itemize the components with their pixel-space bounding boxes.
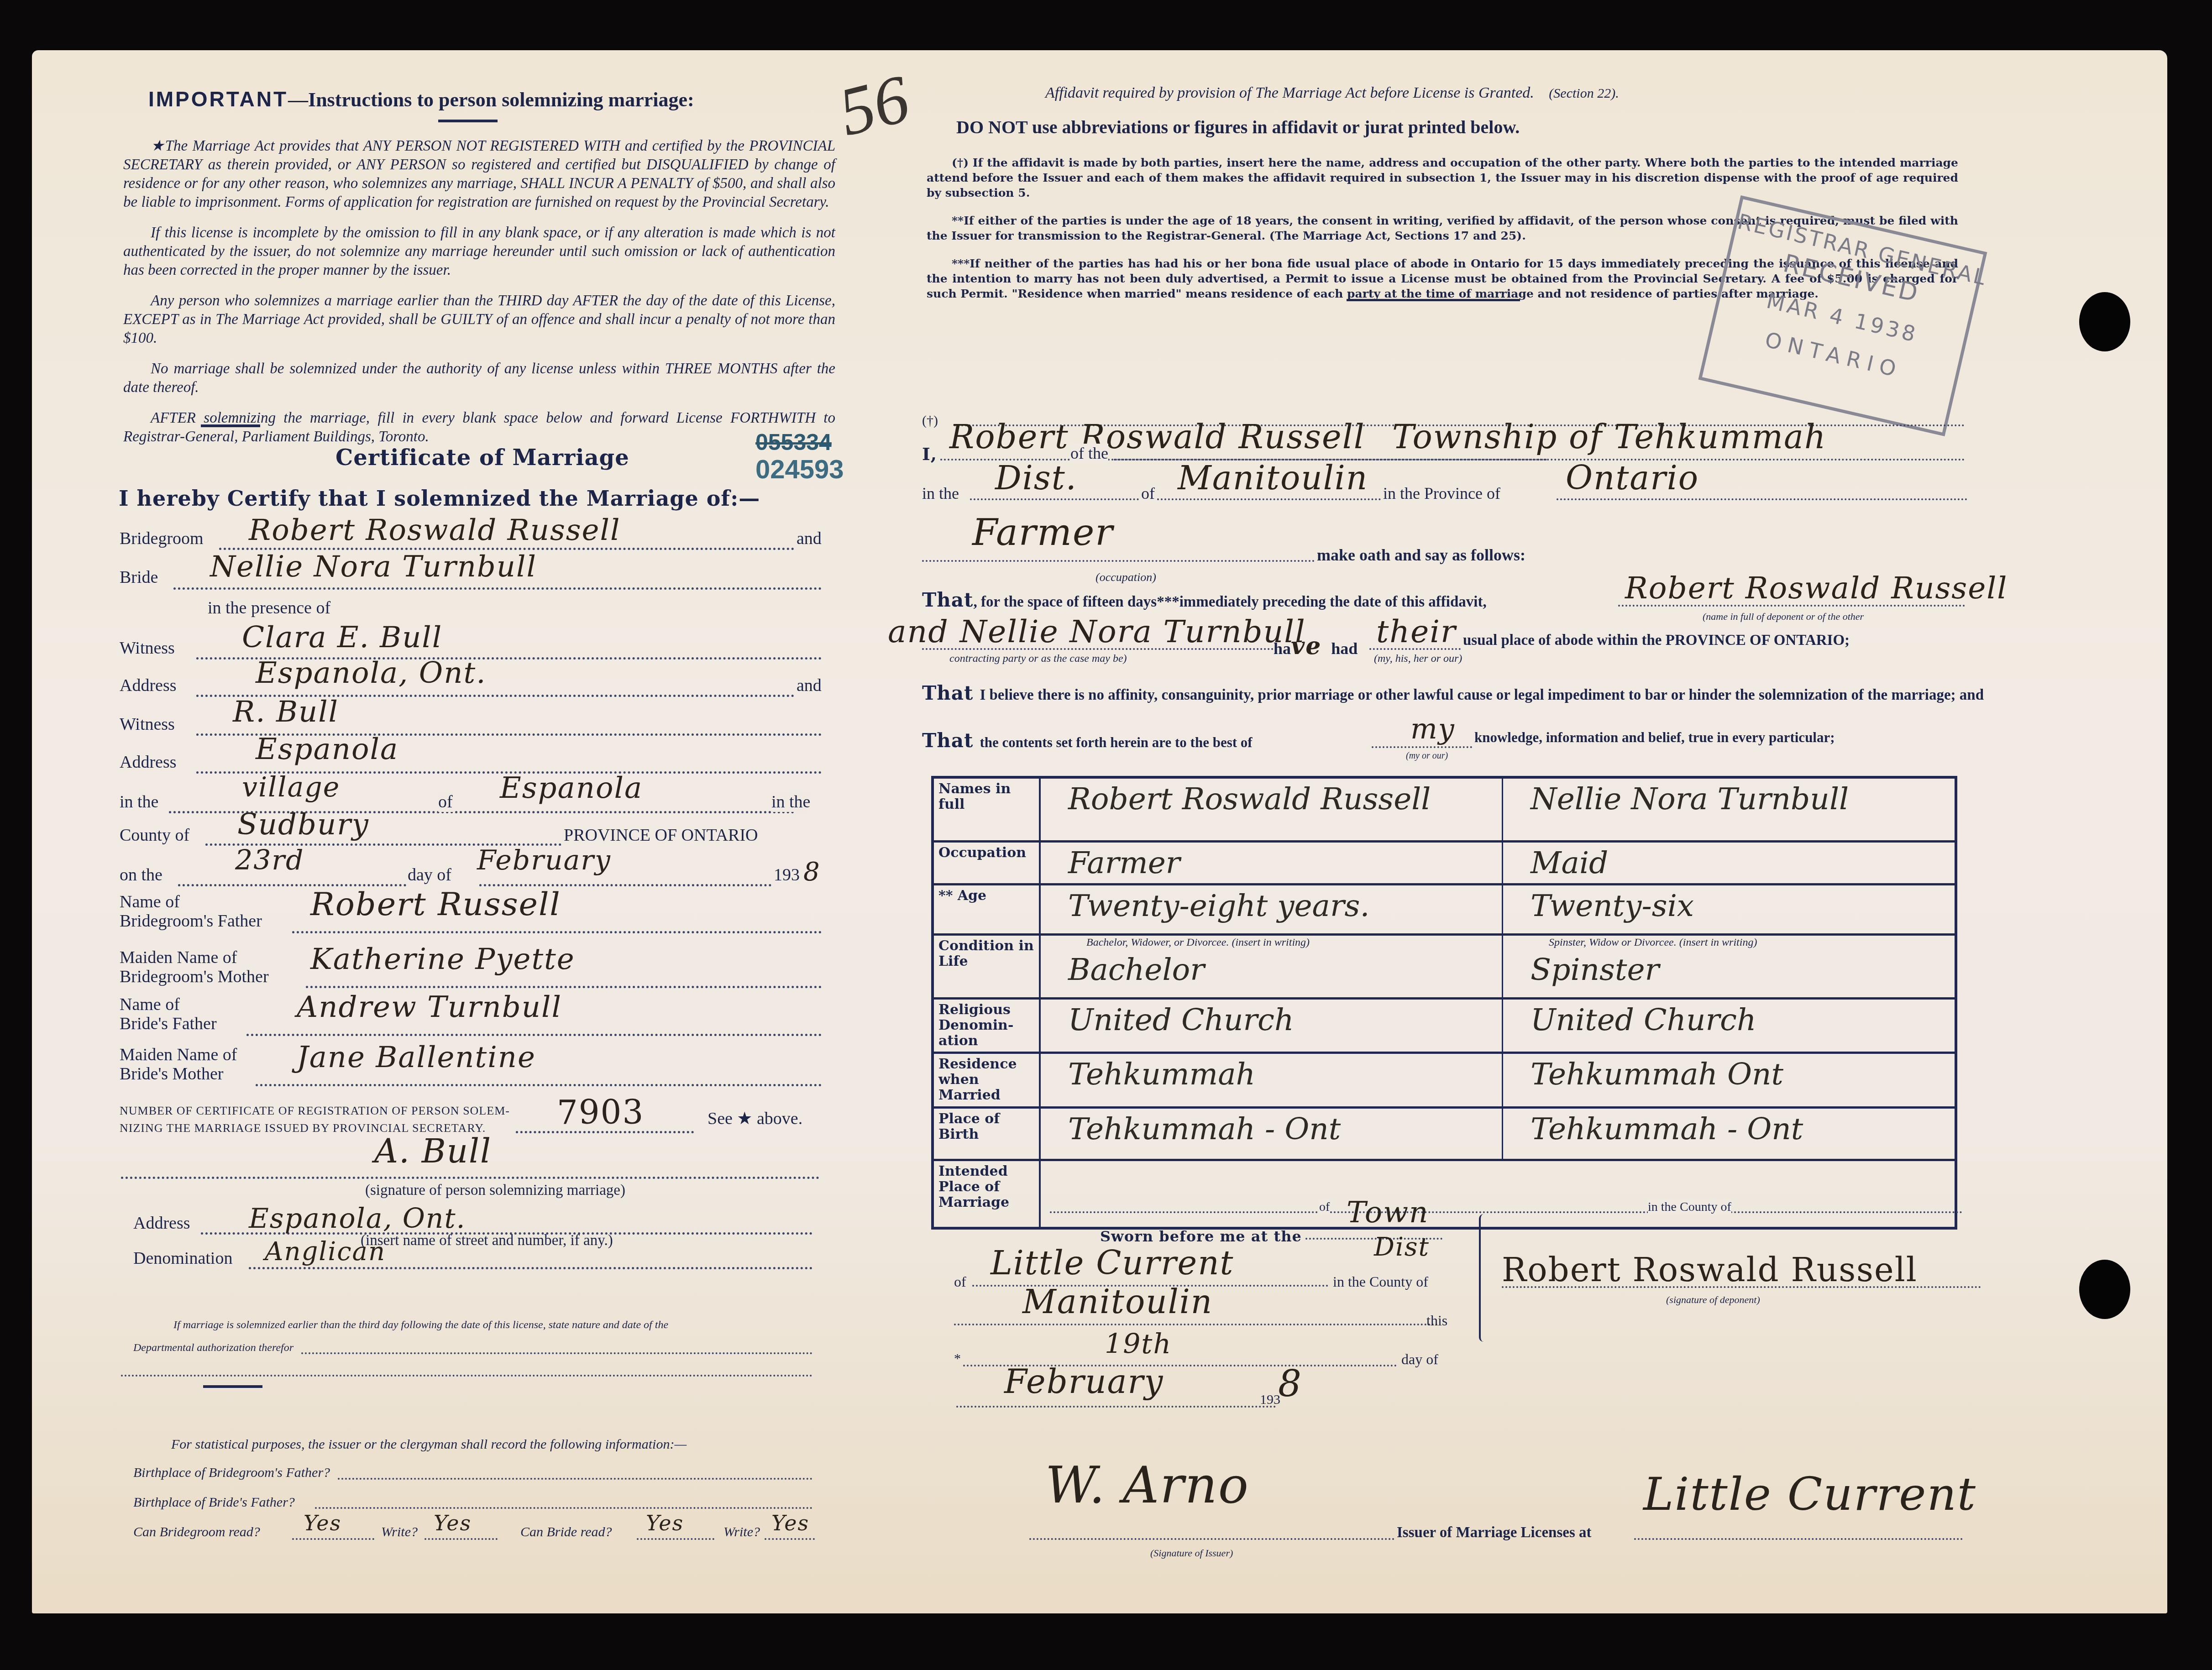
jurat-month: February <box>1004 1362 1164 1401</box>
bride-father-line <box>246 1034 822 1036</box>
bride-value: Nellie Nora Turnbull <box>1508 781 1950 817</box>
registration-number: 7903 <box>557 1093 644 1131</box>
jurat-town: Little Current <box>991 1244 1234 1282</box>
groom-father-birthplace-line <box>338 1478 812 1480</box>
of-label: of <box>1141 484 1155 503</box>
label-line: Bride's Father <box>120 1014 217 1033</box>
have-prefix: ha <box>1274 639 1291 658</box>
day-of-label: day of <box>408 865 451 885</box>
and-label: and <box>797 529 822 549</box>
municipality-type: village <box>242 771 340 803</box>
that-clause-2-text: I believe there is no affinity, consangu… <box>980 687 1984 703</box>
my-our-value: my <box>1410 712 1455 745</box>
abbreviation-warning: DO NOT use abbreviations or figures in a… <box>956 116 1520 138</box>
groom-value: Farmer <box>1045 845 1497 880</box>
denomination-label: Denomination <box>133 1248 232 1268</box>
address-1-value: Espanola, Ont. <box>256 656 487 690</box>
bride-cell: Tehkummah - Ont <box>1503 1107 1956 1160</box>
table-row: Religious Denomin-ationUnited ChurchUnit… <box>933 998 1956 1052</box>
groom-read-label: Can Bridegroom read? <box>133 1524 260 1540</box>
have-text: have had <box>1274 632 1358 660</box>
groom-father-birthplace-label: Birthplace of Bridegroom's Father? <box>133 1465 330 1481</box>
province-line <box>1557 498 1967 500</box>
deponent-signature: Robert Roswald Russell <box>1502 1251 1918 1289</box>
jurat-of-label: of <box>954 1273 966 1290</box>
jurat-year-digit: 8 <box>1278 1362 1302 1405</box>
have-suffix-handwritten: ve <box>1291 632 1321 660</box>
deponent-occupation: Farmer <box>972 511 1113 554</box>
occupation-line <box>922 560 1315 562</box>
groom-mother-label: Maiden Name of Bridegroom's Mother <box>120 920 269 986</box>
table-row: ** AgeTwenty-eight years.Twenty-six <box>933 884 1956 934</box>
witness-2-label: Witness <box>120 714 175 734</box>
province-label: PROVINCE OF ONTARIO <box>564 825 758 845</box>
label-line: Bridegroom's Mother <box>120 967 269 986</box>
groom-write-line <box>425 1538 498 1540</box>
issuer-place: Little Current <box>1643 1467 1976 1521</box>
table-row: Condition in LifeBachelor, Widower, or D… <box>933 934 1956 998</box>
that-clause-3: Thatthe contents set forth herein are to… <box>922 729 1253 752</box>
divider <box>438 120 498 122</box>
table-row: Intended Place of Marriageofin the Count… <box>933 1160 1956 1228</box>
residence-township: Township of Tehkummah <box>1392 418 1826 456</box>
groom-can-write: Yes <box>434 1511 472 1535</box>
row-label: Names in full <box>933 777 1040 841</box>
deponent-name: Robert Roswald Russell <box>949 418 1365 456</box>
marriage-day: 23rd <box>235 844 304 876</box>
issuer-signature-line <box>1029 1538 1394 1540</box>
bride-father-name: Andrew Turnbull <box>297 990 562 1024</box>
issuer-signature: W. Arno <box>1045 1456 1249 1514</box>
bride-father-birthplace-line <box>315 1507 812 1509</box>
departmental-authorization-line-2 <box>121 1375 812 1377</box>
label-line: Number of Certificate of Registration of… <box>120 1102 510 1120</box>
groom-value: Tehkummah <box>1045 1057 1497 1092</box>
address-2-value: Espanola <box>256 733 398 766</box>
groom-cell: Tehkummah <box>1040 1052 1503 1107</box>
bride-name: Nellie Nora Turnbull <box>210 550 537 584</box>
district-name-line <box>1157 498 1381 500</box>
groom-cell: Twenty-eight years. <box>1040 884 1503 934</box>
officiant-address-caption: (insert name of street and number, if an… <box>361 1232 613 1249</box>
sworn-label: Sworn before me at the <box>1100 1228 1302 1245</box>
jurat-day: 19th <box>1105 1328 1172 1360</box>
bride-read-label: Can Bride read? <box>520 1524 612 1540</box>
on-the-label: on the <box>120 865 162 885</box>
groom-cell: Robert Roswald Russell <box>1040 777 1503 841</box>
jurat-county-label: in the County of <box>1333 1273 1428 1290</box>
important-heading: IMPORTANT—Instructions to person solemni… <box>148 87 694 111</box>
deponent-signature-caption: (signature of deponent) <box>1666 1294 1760 1306</box>
bride-cell: Twenty-six <box>1503 884 1956 934</box>
bridegroom-label: Bridegroom <box>120 529 204 549</box>
and-label: and <box>797 675 822 696</box>
groom-value: United Church <box>1045 1002 1497 1037</box>
label-line: Maiden Name of <box>120 1045 237 1064</box>
bride-mother-name: Jane Ballentine <box>297 1041 536 1074</box>
groom-father-line <box>292 931 822 933</box>
bride-value: Tehkummah - Ont <box>1508 1111 1950 1146</box>
table-row: OccupationFarmerMaid <box>933 841 1956 884</box>
row-label: ** Age <box>933 884 1040 934</box>
affidavit-title-text: Affidavit required by provision of The M… <box>1045 84 1534 101</box>
groom-mother-name: Katherine Pyette <box>310 942 575 976</box>
label-line: Bride's Mother <box>120 1064 237 1084</box>
officiant-address-label: Address <box>133 1213 190 1233</box>
my-our-line <box>1372 746 1472 748</box>
presence-label: in the presence of <box>208 598 330 618</box>
deponent-signature-line <box>1502 1286 1981 1288</box>
groom-cell: Bachelor, Widower, or Divorcee. (insert … <box>1040 934 1503 998</box>
province-value: Ontario <box>1566 459 1699 497</box>
groom-can-read: Yes <box>304 1511 341 1535</box>
certify-statement: I hereby Certify that I solemnized the M… <box>119 486 760 511</box>
divider <box>203 1385 262 1388</box>
of-label: of <box>438 792 453 812</box>
intended-place-cell: ofin the County of <box>1040 1160 1956 1228</box>
instruction-paragraph: No marriage shall be solemnized under th… <box>123 360 835 397</box>
my-our-caption: (my or our) <box>1406 751 1448 761</box>
table-row: Residence when MarriedTehkummahTehkummah… <box>933 1052 1956 1107</box>
groom-value: Tehkummah - Ont <box>1045 1111 1497 1146</box>
intended-of-label: of <box>1319 1200 1330 1215</box>
pronoun-caption: (my, his, her or our) <box>1374 653 1462 665</box>
jurat-month-line <box>956 1406 1276 1408</box>
witness-1-name: Clara E. Bull <box>242 621 442 654</box>
departmental-authorization-label: Departmental authorization therefor <box>133 1342 294 1354</box>
jurat-county: Manitoulin <box>1022 1283 1213 1321</box>
address-2-label: Address <box>120 752 177 772</box>
name-caption: (name in full of deponent or of the othe… <box>1703 611 1864 623</box>
bride-line <box>173 587 822 590</box>
row-label: Intended Place of Marriage <box>933 1160 1040 1228</box>
row-label: Religious Denomin-ation <box>933 998 1040 1052</box>
serial-number: 024593 <box>755 454 844 485</box>
that-word: That <box>922 682 973 704</box>
in-the-label: in the <box>120 792 158 812</box>
marriage-year-digit: 8 <box>803 857 821 887</box>
bride-value: United Church <box>1508 1002 1950 1037</box>
denomination-value: Anglican <box>265 1237 386 1267</box>
table-row: Place of BirthTehkummah - OntTehkummah -… <box>933 1107 1956 1160</box>
groom-value: Twenty-eight years. <box>1045 888 1497 923</box>
bride-cell: Nellie Nora Turnbull <box>1503 777 1956 841</box>
issuer-signature-caption: (Signature of Issuer) <box>1150 1547 1233 1559</box>
address-1-label: Address <box>120 675 177 696</box>
bride-can-write: Yes <box>771 1511 809 1535</box>
bride-mother-line <box>256 1084 822 1086</box>
particulars-table: Names in fullRobert Roswald RussellNelli… <box>931 776 1957 1230</box>
county-label: County of <box>120 825 189 845</box>
binder-hole-top <box>2079 292 2130 351</box>
province-label: in the Province of <box>1383 484 1500 503</box>
row-label: Occupation <box>933 841 1040 884</box>
groom-cell: Farmer <box>1040 841 1503 884</box>
groom-value: Robert Roswald Russell <box>1045 781 1497 817</box>
label-line: Maiden Name of <box>120 948 269 967</box>
marriage-month: February <box>477 844 611 876</box>
bride-condition-note: Spinster, Widow or Divorcee. (insert in … <box>1549 937 1757 949</box>
label-line: Name of <box>120 995 217 1014</box>
bride-label: Bride <box>120 567 158 587</box>
important-label: IMPORTANT <box>148 87 288 111</box>
row-label: Condition in Life <box>933 934 1040 998</box>
jurat-county-line <box>954 1324 1438 1325</box>
bride-value: Spinster <box>1508 952 1950 987</box>
departmental-authorization-line <box>301 1352 812 1354</box>
bride-write-line <box>765 1538 815 1540</box>
officiant-address: Espanola, Ont. <box>249 1203 466 1235</box>
groom-value: Bachelor <box>1045 952 1497 987</box>
issuer-label: Issuer of Marriage Licenses at <box>1397 1524 1591 1541</box>
jurat-day-of-label: day of <box>1401 1351 1438 1368</box>
statistical-note: For statistical purposes, the issuer or … <box>171 1437 687 1452</box>
bride-can-read: Yes <box>646 1511 684 1535</box>
sworn-place-type: Town <box>1347 1196 1429 1230</box>
that-clause-3-text-a: the contents set forth herein are to the… <box>980 734 1252 750</box>
section-reference: (Section 22). <box>1549 86 1619 101</box>
county-value: Sudbury <box>237 808 369 842</box>
jurat-brace <box>1479 1214 1488 1342</box>
divider <box>1347 299 1520 301</box>
groom-write-label: Write? <box>381 1524 418 1540</box>
that-clause-3-text-b: knowledge, information and belief, true … <box>1474 729 1835 746</box>
instructions-block: ★The Marriage Act provides that ANY PERS… <box>123 137 835 458</box>
row-label: Residence when Married <box>933 1052 1040 1107</box>
abode-text: usual place of abode within the PROVINCE… <box>1463 632 1850 649</box>
instruction-paragraph: Any person who solemnizes a marriage ear… <box>123 292 835 348</box>
witness-2-name: R. Bull <box>233 695 339 729</box>
year-prefix: 193 <box>774 865 800 885</box>
groom-read-line <box>292 1538 374 1540</box>
groom-cell: United Church <box>1040 998 1503 1052</box>
occupation-caption: (occupation) <box>1096 571 1156 584</box>
district-type: Dist. <box>995 459 1077 497</box>
bride-read-line <box>637 1538 714 1540</box>
jurat-county-prefix: Dist <box>1374 1232 1430 1262</box>
bride-value: Twenty-six <box>1508 888 1950 923</box>
groom-mother-line <box>306 986 822 988</box>
district-name: Manitoulin <box>1178 459 1368 497</box>
municipality-name: Espanola <box>500 771 643 805</box>
contracting-caption: contracting party or as the case may be) <box>949 653 1127 665</box>
that-clause-1: That, for the space of fifteen days***im… <box>922 589 1487 611</box>
officiant-signature-caption: (signature of person solemnizing marriag… <box>365 1182 625 1199</box>
bride-mother-label: Maiden Name of Bride's Mother <box>120 1045 237 1084</box>
had-text: had <box>1331 639 1358 658</box>
jurat-asterisk: * <box>954 1351 961 1366</box>
deponent-full-name: Robert Roswald Russell <box>1625 571 2008 606</box>
oath-text: make oath and say as follows: <box>1317 545 1525 565</box>
divider <box>201 424 260 427</box>
that-clause-2: ThatI believe there is no affinity, cons… <box>922 682 1958 706</box>
bridegroom-name: Robert Roswald Russell <box>249 513 620 547</box>
denomination-line <box>249 1267 812 1269</box>
important-subtitle: —Instructions to person solemnizing marr… <box>288 89 694 111</box>
note-dagger: (†) If the affidavit is made by both par… <box>927 155 1958 200</box>
deponent-prefix: I, <box>922 444 937 464</box>
instruction-paragraph: AFTER solemnizing the marriage, fill in … <box>123 409 835 446</box>
groom-father-name: Robert Russell <box>310 885 561 923</box>
bride-write-label: Write? <box>723 1524 760 1540</box>
in-the-label: in the <box>922 484 959 503</box>
district-type-line <box>970 498 1139 500</box>
witness-1-label: Witness <box>120 638 175 658</box>
bride-cell: Tehkummah Ont <box>1503 1052 1956 1107</box>
certificate-title: Certificate of Marriage <box>335 445 629 471</box>
intended-place-line <box>1050 1211 1963 1213</box>
pronoun-value: their <box>1376 614 1457 650</box>
see-above-note: See ★ above. <box>708 1108 802 1129</box>
dagger-marker: (†) <box>922 413 938 429</box>
bride-father-label: Name of Bride's Father <box>120 995 217 1033</box>
that-word: That <box>922 729 973 752</box>
bride-cell: Spinster, Widow or Divorcee. (insert in … <box>1503 934 1956 998</box>
affidavit-title: Affidavit required by provision of The M… <box>1045 84 1619 102</box>
officiant-signature: A. Bull <box>374 1132 492 1170</box>
that-word: That <box>922 589 973 611</box>
officiant-signature-line <box>121 1177 819 1179</box>
table-row: Names in fullRobert Roswald RussellNelli… <box>933 777 1956 841</box>
groom-cell: Tehkummah - Ont <box>1040 1107 1503 1160</box>
serial-number-struck: 055334 <box>755 429 832 455</box>
issuer-place-line <box>1634 1538 1963 1540</box>
groom-condition-note: Bachelor, Widower, or Divorcee. (insert … <box>1086 937 1310 949</box>
label-line: Name of <box>120 892 262 911</box>
other-party-name: and Nellie Nora Turnbull <box>888 614 1306 650</box>
bride-father-birthplace-label: Birthplace of Bride's Father? <box>133 1495 295 1510</box>
intended-county-label: in the County of <box>1648 1200 1731 1215</box>
that-clause-1-text: , for the space of fifteen days***immedi… <box>973 594 1486 610</box>
jurat-this-label: this <box>1426 1312 1447 1329</box>
early-marriage-note: If marriage is solemnized earlier than t… <box>173 1319 668 1331</box>
jurat-year-prefix: 193 <box>1260 1392 1280 1408</box>
in-the-label: in the <box>771 792 810 812</box>
bride-cell: Maid <box>1503 841 1956 884</box>
binder-hole-bottom <box>2079 1260 2130 1319</box>
bride-cell: United Church <box>1503 998 1956 1052</box>
bride-value: Tehkummah Ont <box>1508 1057 1950 1092</box>
instruction-paragraph: If this license is incomplete by the omi… <box>123 224 835 280</box>
row-label: Place of Birth <box>933 1107 1040 1160</box>
instruction-paragraph: ★The Marriage Act provides that ANY PERS… <box>123 137 835 212</box>
bride-value: Maid <box>1508 845 1950 880</box>
